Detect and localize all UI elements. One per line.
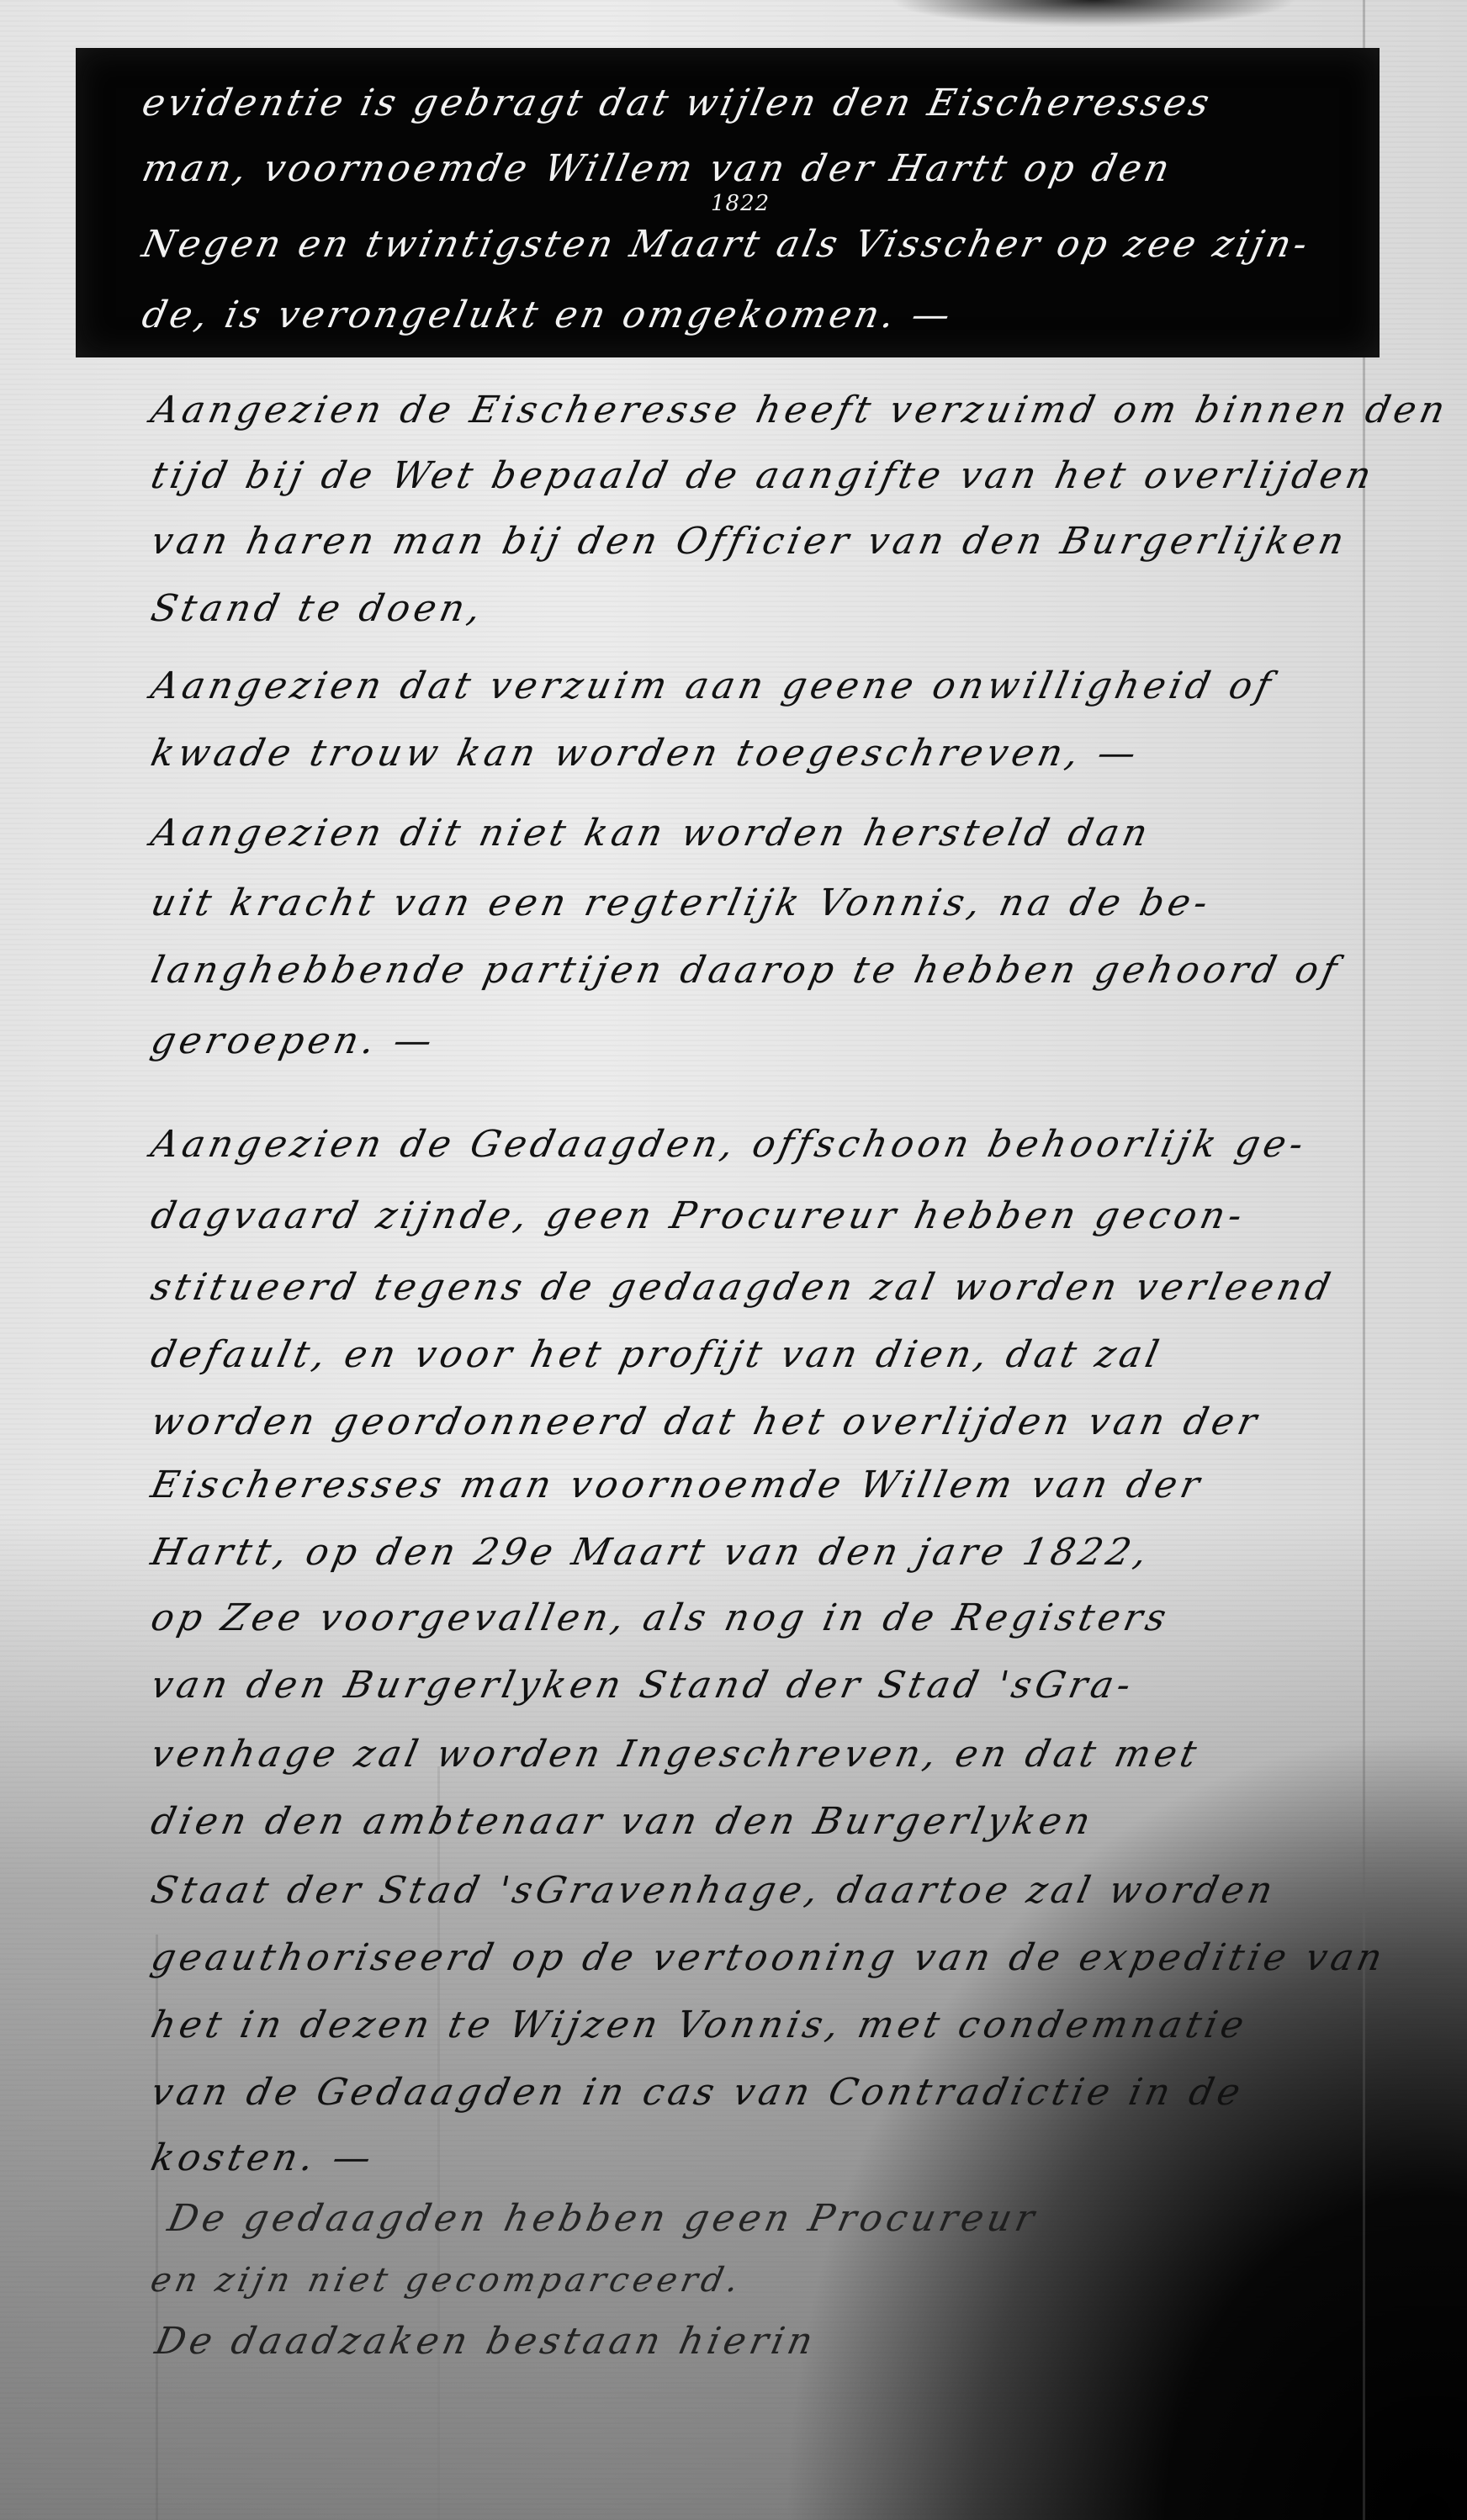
handwritten-line: Aangezien dat verzuim aan geene onwillig…: [147, 664, 1279, 707]
handwritten-line: default, en voor het profijt van dien, d…: [147, 1333, 1167, 1376]
handwritten-line: kosten. —: [147, 2136, 379, 2179]
highlighted-line: Negen en twintigsten Maart als Visscher …: [139, 223, 1315, 266]
handwritten-line: van haren man bij den Officier van den B…: [147, 520, 1352, 563]
paper-fold-line: [1363, 0, 1365, 2520]
handwritten-line: langhebbende partijen daarop te hebben g…: [147, 949, 1345, 992]
handwritten-line: geroepen. —: [147, 1019, 440, 1062]
handwritten-line: Aangezien de Eischeresse heeft verzuimd …: [147, 389, 1453, 431]
highlighted-line: man, voornoemde Willem van der Hartt op …: [139, 147, 1177, 190]
handwritten-line: van den Burgerlyken Stand der Stad 'sGra…: [147, 1664, 1139, 1707]
handwritten-line: en zijn niet gecomparceerd.: [147, 2261, 746, 2300]
handwritten-line: Aangezien dit niet kan worden hersteld d…: [147, 812, 1156, 855]
handwritten-line: kwade trouw kan worden toegeschreven, —: [147, 732, 1144, 775]
handwritten-line: Staat der Stad 'sGravenhage, daartoe zal…: [147, 1869, 1280, 1912]
paper-stain: [841, 0, 1346, 50]
highlighted-passage: evidentie is gebragt dat wijlen den Eisc…: [76, 48, 1380, 357]
handwritten-line: Eischeresses man voornoemde Willem van d…: [147, 1464, 1207, 1506]
handwritten-line: venhage zal worden Ingeschreven, en dat …: [147, 1733, 1205, 1776]
handwritten-line: geauthoriseerd op de vertooning van de e…: [147, 1936, 1390, 1979]
handwritten-line: Stand te doen,: [147, 587, 489, 630]
handwritten-line: stitueerd tegens de gedaagden zal worden…: [147, 1266, 1338, 1309]
handwritten-line: dagvaard zijnde, geen Procureur hebben g…: [147, 1194, 1250, 1237]
handwritten-line: van de Gedaagden in cas van Contradictie…: [147, 2071, 1248, 2114]
handwritten-line: op Zee voorgevallen, als nog in de Regis…: [147, 1596, 1174, 1639]
handwritten-line: De gedaagden hebben geen Procureur: [164, 2197, 1042, 2240]
superscript-year: 1822: [711, 191, 770, 216]
handwritten-line: Aangezien de Gedaagden, offschoon behoor…: [147, 1123, 1311, 1166]
handwritten-line: worden geordonneerd dat het overlijden v…: [147, 1400, 1264, 1443]
highlighted-line: evidentie is gebragt dat wijlen den Eisc…: [139, 82, 1216, 124]
handwritten-line: dien den ambtenaar van den Burgerlyken: [147, 1800, 1098, 1843]
handwritten-line: het in dezen te Wijzen Vonnis, met conde…: [147, 2004, 1252, 2046]
handwritten-line: tijd bij de Wet bepaald de aangifte van …: [147, 454, 1379, 497]
handwritten-line: De daadzaken bestaan hierin: [151, 2320, 821, 2363]
scanned-document-page: evidentie is gebragt dat wijlen den Eisc…: [0, 0, 1467, 2520]
handwritten-line: Hartt, op den 29e Maart van den jare 182…: [147, 1531, 1155, 1574]
highlighted-line: de, is verongelukt en omgekomen. —: [139, 294, 957, 336]
handwritten-line: uit kracht van een regterlijk Vonnis, na…: [147, 881, 1215, 924]
